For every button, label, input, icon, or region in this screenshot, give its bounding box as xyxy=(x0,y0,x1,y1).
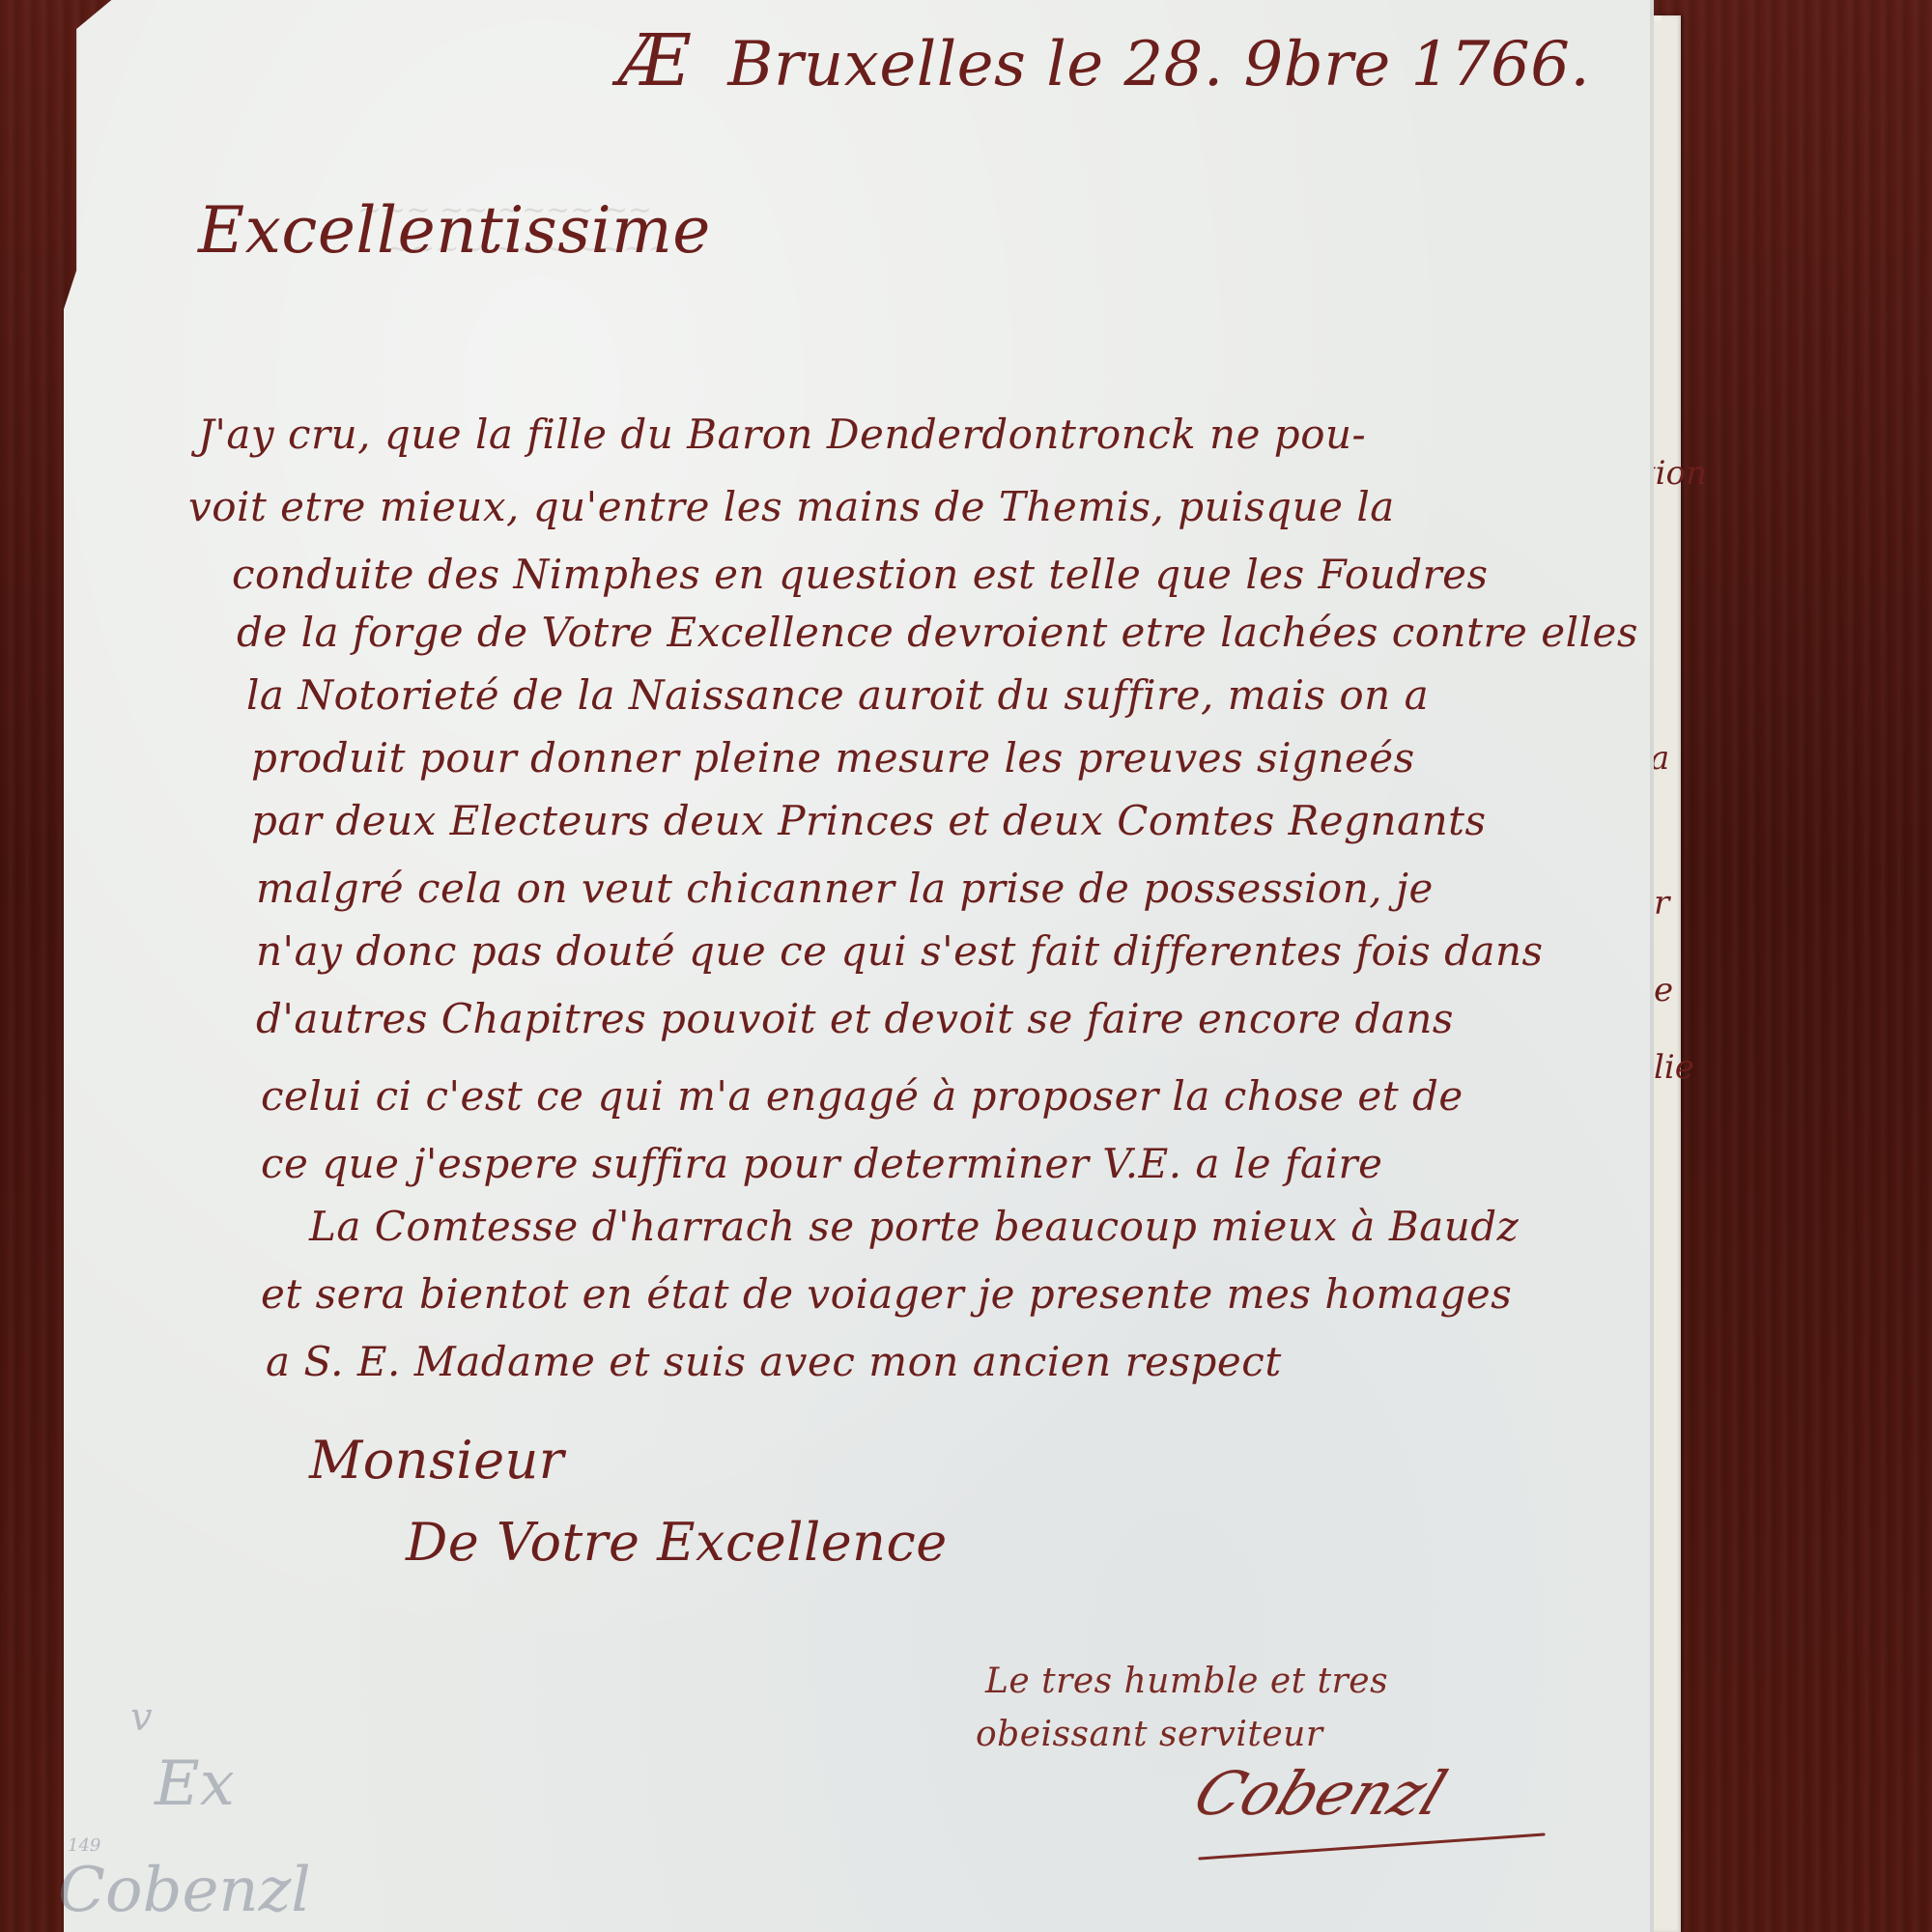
body-line: et sera bientot en état de voiager je pr… xyxy=(261,1270,1512,1318)
body-line: a S. E. Madame et suis avec mon ancien r… xyxy=(266,1338,1282,1385)
body-line: produit pour donner pleine mesure les pr… xyxy=(251,734,1415,781)
body-line: voit etre mieux, qu'entre les mains de T… xyxy=(188,483,1395,530)
body-line: celui ci c'est ce qui m'a engagé à propo… xyxy=(261,1072,1463,1120)
body-line: d'autres Chapitres pouvoit et devoit se … xyxy=(256,995,1454,1042)
body-line: La Comtesse d'harrach se porte beaucoup … xyxy=(309,1203,1519,1250)
dateline: Æ Bruxelles le 28. 9bre 1766. xyxy=(618,19,1590,102)
pencil-mark: v xyxy=(130,1695,153,1740)
body-line: malgré cela on veut chicanner la prise d… xyxy=(256,865,1434,912)
margin-fragment: r xyxy=(1654,884,1669,923)
body-line: la Notorieté de la Naissance auroit du s… xyxy=(246,671,1429,719)
salutation: Excellentissime xyxy=(198,193,711,268)
subscription-line-2: obeissant serviteur xyxy=(976,1715,1323,1754)
body-line: J'ay cru, que la fille du Baron Denderdo… xyxy=(198,411,1366,458)
margin-fragment: e xyxy=(1654,971,1673,1009)
margin-fragment: lie xyxy=(1654,1048,1694,1087)
signature: Cobenzl xyxy=(1185,1758,1456,1829)
dateline-flourish: Æ xyxy=(618,19,691,102)
sheet-edge-shadow xyxy=(1650,0,1654,1932)
pencil-note: Cobenzl xyxy=(58,1855,311,1926)
body-line: de la forge de Votre Excellence devroien… xyxy=(237,609,1638,656)
dateline-text: Bruxelles le 28. 9bre 1766. xyxy=(727,29,1590,100)
pencil-folio-number: 149 xyxy=(68,1835,100,1856)
body-line: par deux Electeurs deux Princes et deux … xyxy=(251,797,1487,844)
pencil-note: Ex xyxy=(155,1748,235,1820)
body-line: n'ay donc pas douté que ce qui s'est fai… xyxy=(256,927,1544,975)
closing-monsieur: Monsieur xyxy=(309,1430,564,1491)
closing-excellence: De Votre Excellence xyxy=(406,1512,948,1573)
body-line: ce que j'espere suffira pour determiner … xyxy=(261,1140,1382,1187)
body-line: conduite des Nimphes en question est tel… xyxy=(232,551,1489,598)
subscription-line-1: Le tres humble et tres xyxy=(985,1662,1388,1701)
